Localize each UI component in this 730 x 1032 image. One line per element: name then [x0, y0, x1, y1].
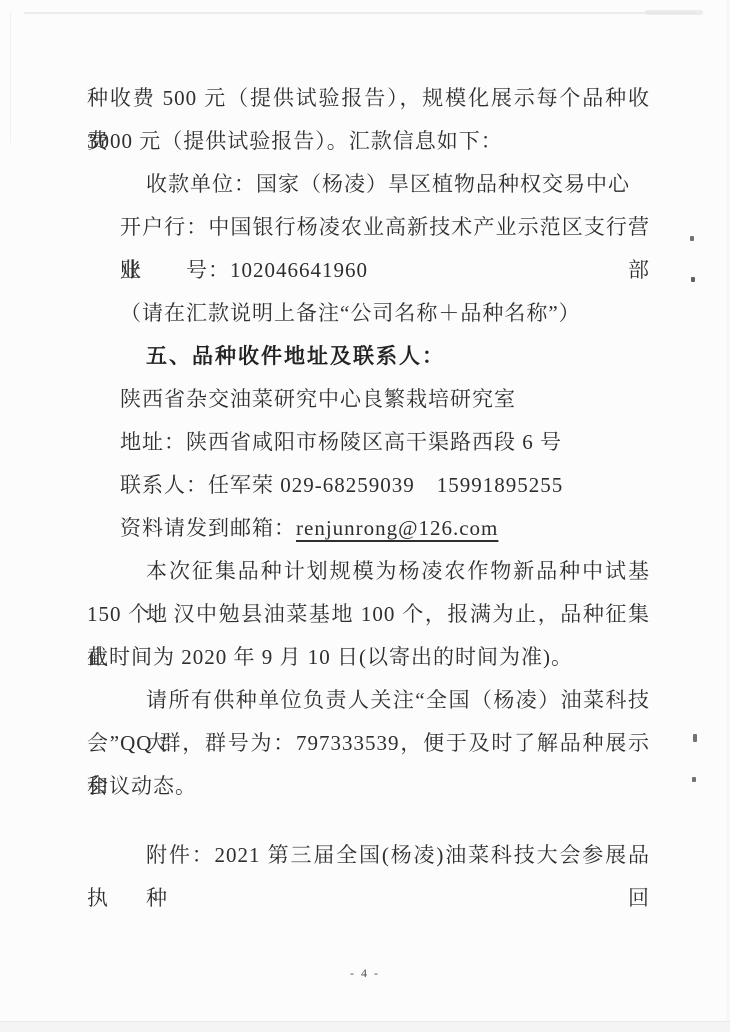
scan-speck — [693, 734, 697, 742]
doc-line-deadline: 止时间为 2020 年 9 月 10 日(以寄出的时间为准)。 — [87, 636, 650, 679]
doc-line-payee: 收款单位：国家（杨凌）旱区植物品种权交易中心 — [87, 163, 650, 206]
doc-line-fees: 种收费 500 元（提供试验报告），规模化展示每个品种收费 — [87, 77, 650, 120]
scan-edge-right — [726, 0, 730, 1032]
doc-line-bank: 开户行：中国银行杨凌农业高新技术产业示范区支行营业部 — [87, 206, 650, 249]
scanned-document-page: 种收费 500 元（提供试验报告），规模化展示每个品种收费 3000 元（提供试… — [0, 0, 730, 1032]
doc-line-plan-scale: 本次征集品种计划规模为杨凌农作物新品种中试基地 — [87, 550, 650, 593]
scan-speck — [692, 777, 696, 782]
scan-smudge — [645, 10, 703, 15]
doc-line-contact-person: 联系人：任军荣 029-68259039 15991895255 — [87, 464, 650, 507]
page-number: - 4 - — [0, 966, 730, 981]
scan-edge-bottom — [0, 1021, 730, 1032]
scan-speck — [691, 277, 695, 282]
scan-edge-left — [10, 13, 11, 143]
document-content: 种收费 500 元（提供试验报告），规模化展示每个品种收费 3000 元（提供试… — [87, 77, 650, 920]
doc-line-attachment: 附件：2021 第三届全国(杨凌)油菜科技大会参展品种回 — [87, 834, 650, 877]
scan-speck — [690, 236, 694, 241]
doc-line-qq-number: 会”QQ 群，群号为：797333539，便于及时了解品种展示和 — [87, 722, 650, 765]
email-address: renjunrong@126.com — [296, 516, 498, 540]
email-label: 资料请发到邮箱： — [120, 516, 296, 540]
doc-line-email: 资料请发到邮箱：renjunrong@126.com — [87, 507, 650, 550]
scan-edge-top — [24, 12, 696, 14]
doc-line-plan-scale-cont: 150 个、汉中勉县油菜基地 100 个，报满为止，品种征集截 — [87, 593, 650, 636]
doc-line-remittance-note: （请在汇款说明上备注“公司名称＋品种名称”） — [87, 292, 650, 335]
doc-line-recipient-org: 陕西省杂交油菜研究中心良繁栽培研究室 — [87, 378, 650, 421]
doc-line-qq-notice: 请所有供种单位负责人关注“全国（杨凌）油菜科技大 — [87, 679, 650, 722]
doc-line-qq-notice-end: 会议动态。 — [87, 765, 650, 808]
doc-line-fees-cont: 3000 元（提供试验报告）。汇款信息如下： — [87, 120, 650, 163]
section-heading-address-contacts: 五、品种收件地址及联系人： — [87, 335, 650, 378]
doc-line-address: 地址：陕西省咸阳市杨陵区高干渠路西段 6 号 — [87, 421, 650, 464]
